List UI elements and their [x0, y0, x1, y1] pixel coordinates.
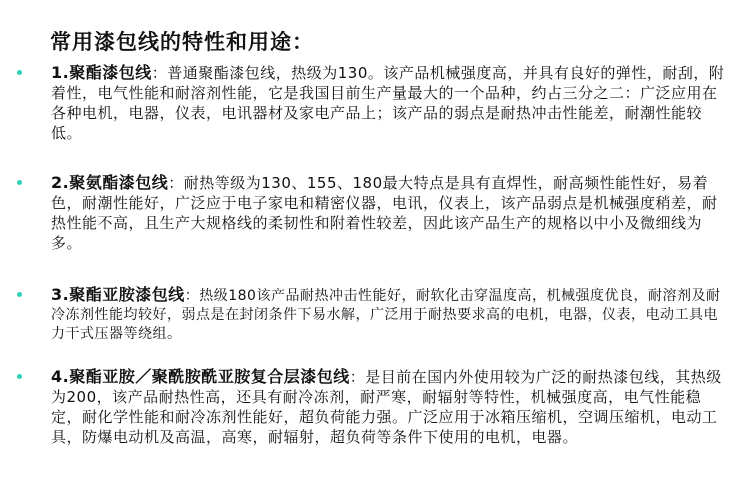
bullet-icon: [17, 292, 22, 297]
list-item-polyesterimide: 3.聚酯亚胺漆包线：热级180该产品耐热冲击性能好，耐软化击穿温度高，机械强度优…: [51, 285, 731, 344]
list-item-composite: 4.聚酯亚胺／聚酰胺酰亚胺复合层漆包线：是目前在国内外使用较为广泛的耐热漆包线，…: [51, 367, 731, 447]
item-name: 1.聚酯漆包线: [51, 63, 152, 82]
bullet-icon: [17, 70, 22, 75]
bullet-icon: [17, 374, 22, 379]
bullet-icon: [17, 180, 22, 185]
list-item-polyurethane: 2.聚氨酯漆包线：耐热等级为130、155、180最大特点是具有直焊性，耐高频性…: [51, 173, 731, 253]
item-name: 4.聚酯亚胺／聚酰胺酰亚胺复合层漆包线: [51, 367, 350, 386]
item-separator: ：: [350, 368, 366, 386]
item-name: 3.聚酯亚胺漆包线: [51, 285, 185, 304]
item-separator: ：: [185, 288, 200, 304]
list-item-polyester: 1.聚酯漆包线：普通聚酯漆包线，热级为130。该产品机械强度高，并具有良好的弹性…: [51, 63, 731, 143]
item-name: 2.聚氨酯漆包线: [51, 173, 168, 192]
item-separator: ：: [152, 64, 168, 82]
item-separator: ：: [168, 174, 184, 192]
page-title: 常用漆包线的特性和用途：: [50, 26, 314, 56]
